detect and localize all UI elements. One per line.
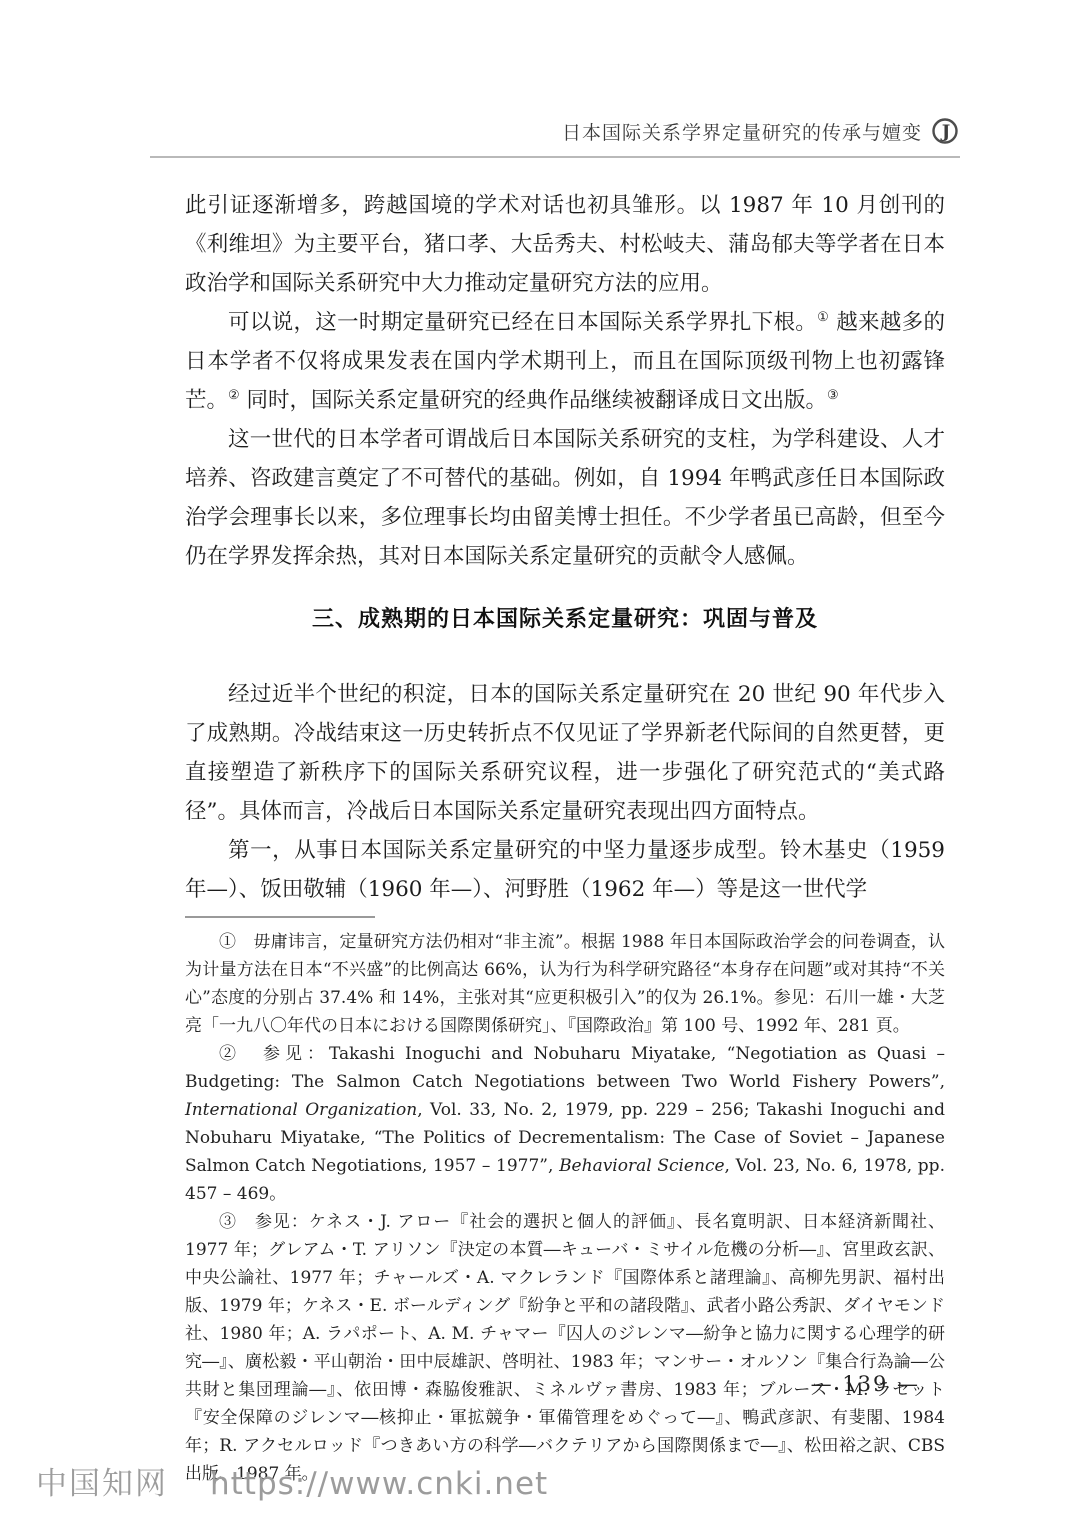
running-head-title: 日本国际关系学界定量研究的传承与嬗变 <box>562 118 922 145</box>
journal-logo-icon: J <box>930 116 960 146</box>
footnote-ref-2: ② <box>228 388 240 403</box>
footnotes-block: ① 毋庸讳言，定量研究方法仍相对“非主流”。根据 1988 年日本国际政治学会的… <box>185 928 945 1488</box>
journal-title-italic: Behavioral Science <box>559 1156 724 1176</box>
page-number: — 139 — <box>811 1372 920 1396</box>
footnote-3: ③ 参见：ケネス・J. アロー『社会的選択と個人的評価』、長名寛明訳、日本経済新… <box>185 1208 945 1488</box>
footnote-separator-rule <box>185 916 375 918</box>
footnote-1: ① 毋庸讳言，定量研究方法仍相对“非主流”。根据 1988 年日本国际政治学会的… <box>185 928 945 1040</box>
paragraph: 第一，从事日本国际关系定量研究的中坚力量逐步成型。铃木基史（1959 年—）、饭… <box>185 831 945 909</box>
journal-title-italic: International Organization <box>185 1100 417 1120</box>
text-segment: 同时，国际关系定量研究的经典作品继续被翻译成日文出版。 <box>240 388 827 413</box>
svg-text:J: J <box>940 122 951 143</box>
cnki-watermark: 中国知网 https://www.cnki.net <box>36 1458 548 1503</box>
page-header: 日本国际关系学界定量研究的传承与嬗变 J <box>562 116 960 146</box>
cnki-url: https://www.cnki.net <box>210 1466 548 1502</box>
footnote-ref-3: ③ <box>827 388 839 403</box>
article-body: 此引证逐渐增多，跨越国境的学术对话也初具雏形。以 1987 年 10 月创刊的《… <box>185 186 945 909</box>
cnki-site-name: 中国知网 <box>36 1458 168 1503</box>
footnote-ref-1: ① <box>817 310 829 325</box>
header-rule <box>150 156 960 158</box>
document-page: 日本国际关系学界定量研究的传承与嬗变 J 此引证逐渐增多，跨越国境的学术对话也初… <box>0 0 1080 1527</box>
paragraph: 这一世代的日本学者可谓战后日本国际关系研究的支柱，为学科建设、人才培养、咨政建言… <box>185 420 945 576</box>
section-heading: 三、成熟期的日本国际关系定量研究：巩固与普及 <box>185 600 945 639</box>
paragraph: 经过近半个世纪的积淀，日本的国际关系定量研究在 20 世纪 90 年代步入了成熟… <box>185 675 945 831</box>
paragraph: 可以说，这一时期定量研究已经在日本国际关系学界扎下根。① 越来越多的日本学者不仅… <box>185 303 945 420</box>
text-segment: ② 参见：Takashi Inoguchi and Nobuharu Miyat… <box>185 1044 945 1092</box>
text-segment: 可以说，这一时期定量研究已经在日本国际关系学界扎下根。 <box>228 310 817 335</box>
footnote-2: ② 参见：Takashi Inoguchi and Nobuharu Miyat… <box>185 1040 945 1208</box>
paragraph-continuation: 此引证逐渐增多，跨越国境的学术对话也初具雏形。以 1987 年 10 月创刊的《… <box>185 186 945 303</box>
